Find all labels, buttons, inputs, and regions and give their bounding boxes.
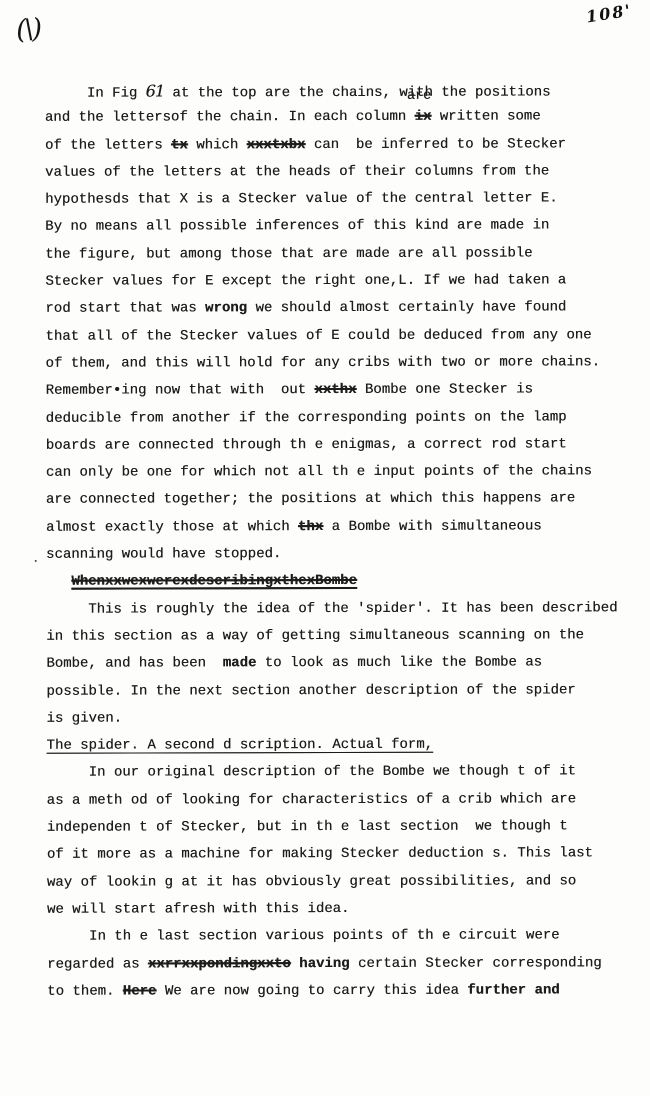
overtyped-text: • xyxy=(113,383,121,399)
struck-out-text: xxxtxbx xyxy=(247,137,306,153)
text-line: is given. xyxy=(46,704,626,733)
text-line: boards are connected through th e enigma… xyxy=(46,431,626,460)
handwritten-corner-mark: (\) xyxy=(15,13,41,46)
overtyped-text: further and xyxy=(467,982,559,998)
text-line: we will start afresh with this idea. xyxy=(47,895,627,924)
text-line: Bombe, and has been made to look as much… xyxy=(46,649,626,678)
text-line: rod start that was wrong we should almos… xyxy=(45,295,625,324)
text-line: deducible from another if the correspond… xyxy=(46,404,626,433)
text-line: way of lookin g at it has obviously grea… xyxy=(47,868,627,897)
text-line: In th e last section various points of t… xyxy=(47,922,627,951)
text-line: almost exactly those at which thx a Bomb… xyxy=(46,513,626,542)
text-line: In Fig 61 at the top are the chains, wit… xyxy=(45,76,625,105)
overtyped-text: having xyxy=(299,955,349,971)
underlined-heading-text: The spider. A second d scription. Actual… xyxy=(47,737,434,754)
text-line: that all of the Stecker values of E coul… xyxy=(45,322,625,351)
struck-out-text: xxrrxxpondingxxto xyxy=(148,956,291,972)
struck-out-text: Here xyxy=(123,983,157,999)
text-line: This is roughly the idea of the 'spider'… xyxy=(46,595,626,624)
text-line: values of the letters at the heads of th… xyxy=(45,158,625,187)
struck-out-text: xxthx xyxy=(314,382,356,398)
text-line: of them, and this will hold for any crib… xyxy=(46,349,626,378)
text-line: Remember•ing now that with out xxthx Bom… xyxy=(46,377,626,406)
text-line: WhenxxwexwerexdescribingxthexBombe xyxy=(46,568,626,597)
text-line: hypothesds that X is a Stecker value of … xyxy=(45,185,625,214)
text-line: are connected together; the positions at… xyxy=(46,486,626,515)
struck-out-text: ix xyxy=(415,109,432,125)
text-line: to them. Here We are now going to carry … xyxy=(47,977,627,1006)
struck-out-heading-text: WhenxxwexwerexdescribingxthexBombe xyxy=(71,573,357,590)
overtyped-text: wrong xyxy=(205,301,247,317)
text-line: independen t of Stecker, but in th e las… xyxy=(47,813,627,842)
overtyped-text: made xyxy=(223,655,257,671)
text-line: .scanning would have stopped. xyxy=(46,540,626,569)
text-line: The spider. A second d scription. Actual… xyxy=(47,731,627,760)
handwritten-page-number: 108' xyxy=(585,0,634,26)
text-block: In Fig 61 at the top are the chains, wit… xyxy=(45,76,627,1006)
margin-mark: . xyxy=(32,546,39,573)
text-line: areand the lettersof the chain. In each … xyxy=(45,104,625,133)
text-line: By no means all possible inferences of t… xyxy=(45,213,625,242)
text-line: of it more as a machine for making Steck… xyxy=(47,841,627,870)
struck-out-text: tx xyxy=(171,137,188,153)
struck-out-text: thx xyxy=(298,519,323,535)
text-line: Stecker values for E except the right on… xyxy=(45,267,625,296)
text-line: can only be one for which not all th e i… xyxy=(46,458,626,487)
text-line: as a meth od of looking for characterist… xyxy=(47,786,627,815)
text-line: the figure, but among those that are mad… xyxy=(45,240,625,269)
text-line: of the letters tx which xxxtxbx can be i… xyxy=(45,131,625,160)
text-line: possible. In the next section another de… xyxy=(46,677,626,706)
text-line: in this section as a way of getting simu… xyxy=(46,622,626,651)
handwritten-figure-number: 61 xyxy=(146,81,164,100)
text-line: In our original description of the Bombe… xyxy=(47,759,627,788)
document-page: (\) 108' In Fig 61 at the top are the ch… xyxy=(0,0,650,1096)
inserted-word-above-line: are xyxy=(407,90,431,103)
text-line: regarded as xxrrxxpondingxxto having cer… xyxy=(47,950,627,979)
